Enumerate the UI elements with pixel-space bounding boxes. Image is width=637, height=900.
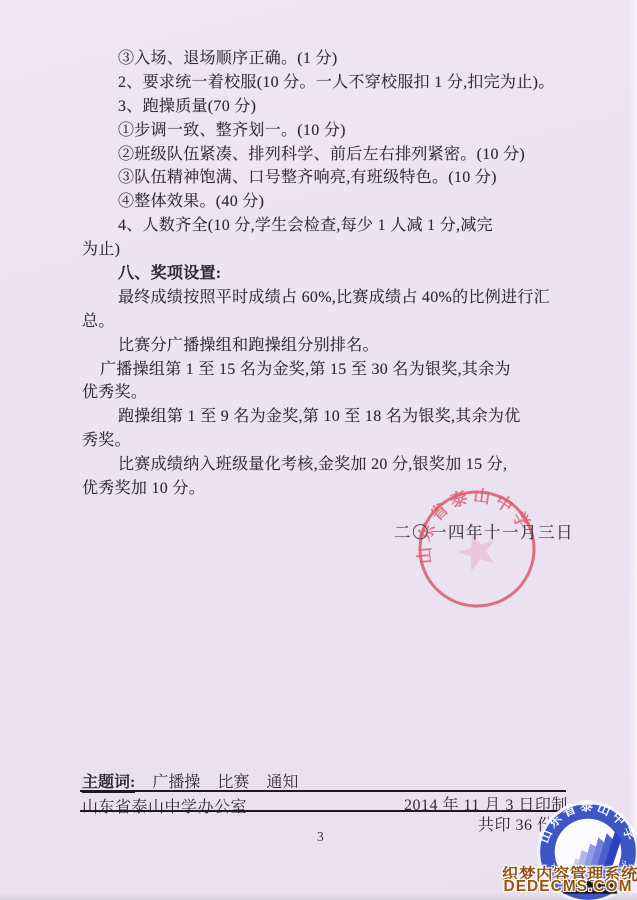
scanned-document-page: ③入场、退场顺序正确。(1 分) 2、要求统一着校服(10 分。一人不穿校服扣 …: [0, 0, 637, 900]
keyword: 广播操: [152, 774, 200, 791]
document-body: ③入场、退场顺序正确。(1 分) 2、要求统一着校服(10 分。一人不穿校服扣 …: [82, 47, 582, 501]
body-line: 3、跑操质量(70 分): [82, 95, 582, 119]
body-line: 总。: [82, 310, 582, 334]
keywords-row: 主题词:广播操比赛通知: [82, 769, 298, 792]
issuing-office: 山东省泰山中学办公室: [82, 794, 247, 817]
body-line: 为止): [82, 238, 582, 262]
document-date: 二〇一四年十一月三日: [394, 519, 574, 543]
scan-edge-right: [628, 0, 637, 900]
official-seal-stamp: 山东省泰山中学: [416, 488, 538, 610]
body-line: 比赛分广播操组和跑操组分别排名。: [82, 334, 582, 358]
section-heading: 八、奖项设置:: [82, 262, 582, 286]
body-line: 最终成绩按照平时成绩占 60%,比赛成绩占 40%的比例进行汇: [82, 286, 582, 310]
body-line: ③入场、退场顺序正确。(1 分): [82, 47, 582, 71]
body-line: 比赛成绩纳入班级量化考核,金奖加 20 分,银奖加 15 分,: [82, 453, 582, 477]
body-line: 2、要求统一着校服(10 分。一人不穿校服扣 1 分,扣完为止)。: [82, 71, 582, 95]
body-line: ④整体效果。(40 分): [82, 190, 582, 214]
body-line: ①步调一致、整齐划一。(10 分): [82, 119, 582, 143]
body-line: 广播操组第 1 至 15 名为金奖,第 15 至 30 名为银奖,其余为: [82, 358, 582, 382]
keyword: 比赛: [217, 774, 249, 791]
body-line: 4、人数齐全(10 分,学生会检查,每少 1 人减 1 分,减完: [82, 214, 582, 238]
keyword: 通知: [266, 774, 298, 791]
watermark-text-en: DEDECMS.COM: [498, 878, 637, 896]
body-line: ②班级队伍紧凑、排列科学、前后左右排列紧密。(10 分): [82, 143, 582, 167]
body-line: 优秀奖。: [82, 381, 582, 405]
body-line: ③队伍精神饱满、口号整齐响亮,有班级特色。(10 分): [82, 166, 582, 190]
page-number: 3: [317, 829, 324, 845]
body-line: 秀奖。: [82, 429, 582, 453]
body-line: 跑操组第 1 至 9 名为金奖,第 10 至 18 名为银奖,其余为优: [82, 405, 582, 429]
